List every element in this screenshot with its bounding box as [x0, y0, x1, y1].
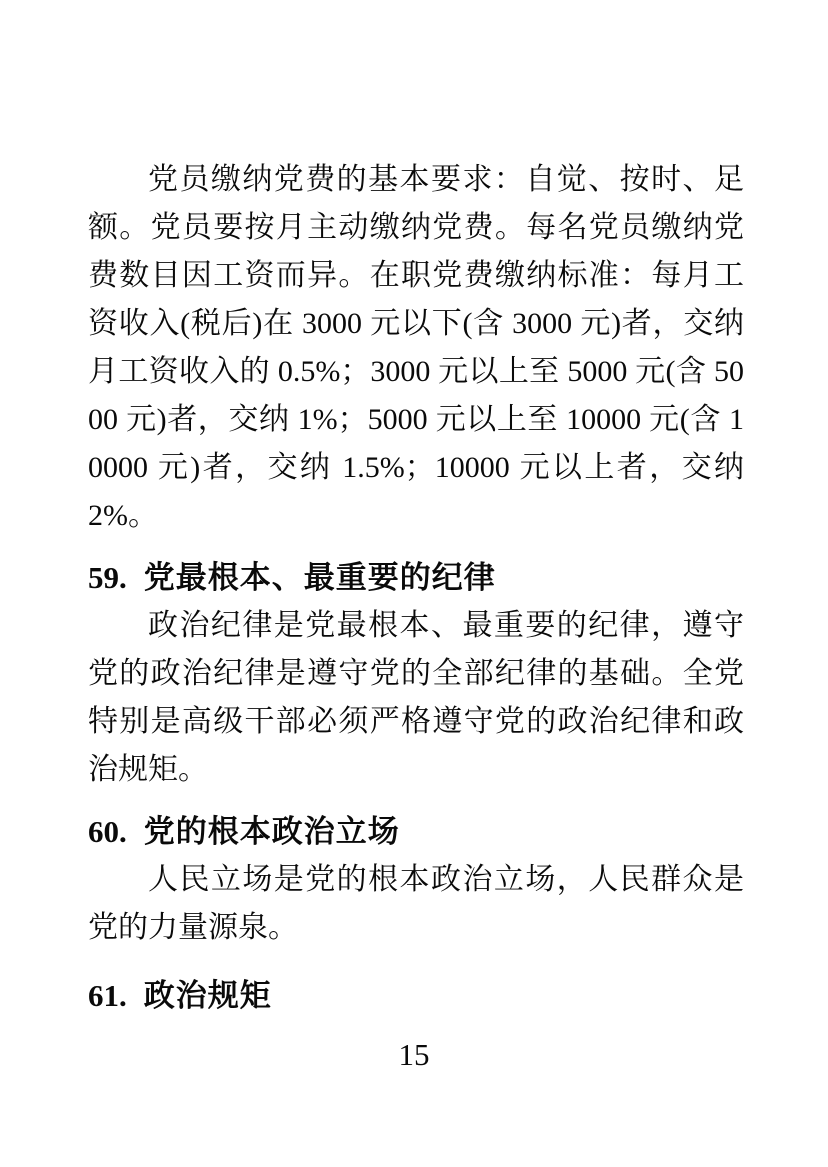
section-61-heading: 61.政治规矩 [88, 972, 744, 1020]
document-page: 党员缴纳党费的基本要求：自觉、按时、足额。党员要按月主动缴纳党费。每名党员缴纳党… [0, 0, 828, 1167]
section-59-title: 党最根本、最重要的纪律 [144, 560, 496, 595]
section-60-body: 人民立场是党的根本政治立场，人民群众是党的力量源泉。 [88, 856, 744, 952]
paragraph-party-fee-requirements: 党员缴纳党费的基本要求：自觉、按时、足额。党员要按月主动缴纳党费。每名党员缴纳党… [88, 156, 744, 540]
section-61-number: 61. [88, 978, 127, 1013]
page-number: 15 [0, 1034, 828, 1076]
section-60-number: 60. [88, 814, 127, 849]
section-60-heading: 60.党的根本政治立场 [88, 808, 744, 856]
section-59-number: 59. [88, 560, 127, 595]
section-59-heading: 59.党最根本、最重要的纪律 [88, 554, 744, 602]
section-60-title: 党的根本政治立场 [144, 814, 400, 849]
section-59-body: 政治纪律是党最根本、最重要的纪律，遵守党的政治纪律是遵守党的全部纪律的基础。全党… [88, 602, 744, 794]
section-61-title: 政治规矩 [144, 978, 272, 1013]
page-content: 党员缴纳党费的基本要求：自觉、按时、足额。党员要按月主动缴纳党费。每名党员缴纳党… [88, 156, 744, 1020]
